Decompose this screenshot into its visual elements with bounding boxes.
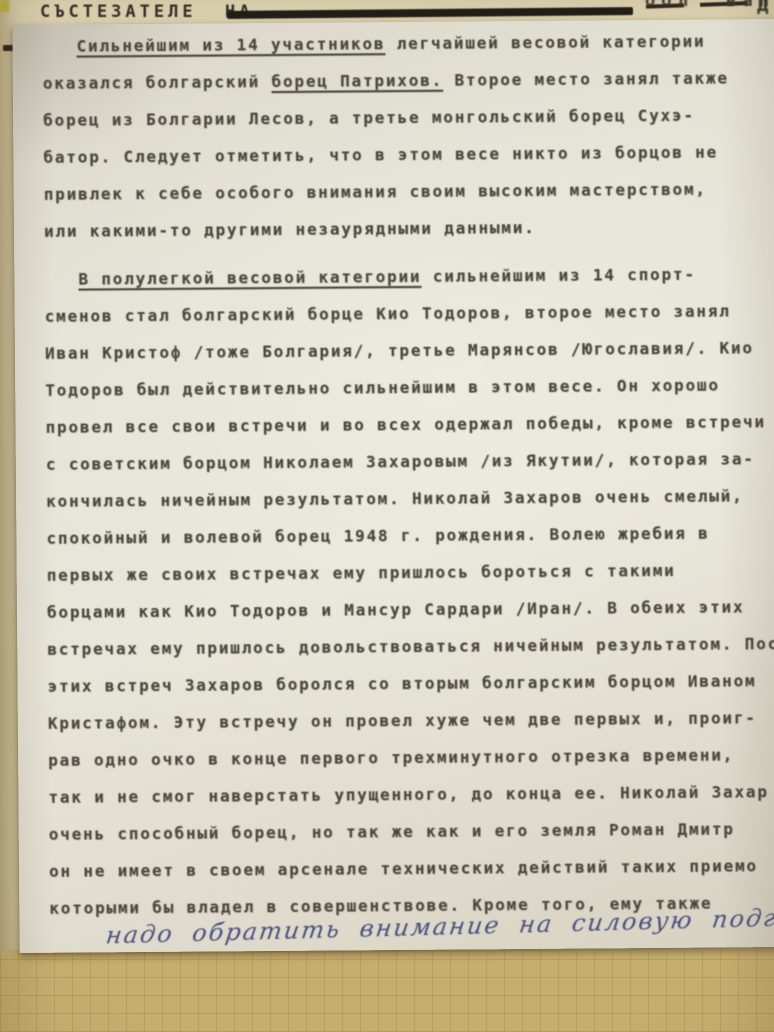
typed-line: он не имеет в своем арсенале технических… — [49, 847, 774, 890]
typed-text-segment: оказался болгарский — [43, 72, 272, 93]
typed-line: рав одно очко в конце первого трехминутн… — [48, 736, 774, 779]
paragraph: Сильнейшим из 14 участников легчайшей ве… — [42, 22, 774, 250]
typed-text-segment: или какими-то другими незаурядными данны… — [44, 218, 536, 241]
photo-of-document: СЪСТЕЗАТЕЛЕ НА обл вап Д Сильнейшим из 1… — [0, 0, 774, 1032]
typed-text-segment: встречах ему пришлось довольствоваться н… — [47, 634, 774, 659]
typed-line: встречах ему пришлось довольствоваться н… — [47, 625, 774, 668]
typed-text-segment: сильнейшим из 14 спорт- — [421, 265, 696, 286]
typed-line: батор. Следует отметить, что в этом весе… — [43, 133, 774, 176]
typed-text-segment: легчайшей весовой категории — [385, 32, 705, 54]
typed-line: борец из Болгарии Лесов, а третье монгол… — [43, 96, 774, 139]
underlying-page-title: СЪСТЕЗАТЕЛЕ НА — [40, 2, 254, 22]
typed-line: или какими-то другими незаурядными данны… — [44, 207, 774, 250]
typed-line: спокойный и волевой борец 1948 г. рожден… — [46, 514, 774, 557]
typed-text-segment: первых же своих встречах ему пришлось бо… — [47, 561, 676, 585]
typed-text-segment: провел все свои встречи и во всех одержа… — [45, 412, 765, 437]
typed-line: борцами как Кио Тодоров и Мансур Сардари… — [47, 588, 774, 631]
typed-page: Сильнейшим из 14 участников легчайшей ве… — [12, 19, 774, 953]
typed-line: привлек к себе особого внимания своим вы… — [44, 170, 774, 213]
typed-text: Сильнейшим из 14 участников легчайшей ве… — [12, 19, 774, 927]
typed-text-segment: Кристафом. Эту встречу он провел хуже че… — [48, 708, 757, 733]
typed-text-segment: этих встреч Захаров боролся со вторым бо… — [47, 671, 756, 696]
typed-text-segment: батор. Следует отметить, что в этом весе… — [43, 143, 718, 167]
typed-text-segment: привлек к себе особого внимания своим вы… — [44, 180, 707, 204]
typed-line: первых же своих встречах ему пришлось бо… — [47, 551, 774, 594]
paragraph: В полулегкой весовой категории сильнейши… — [44, 255, 774, 927]
underlined-text: Сильнейшим из 14 участников — [76, 34, 385, 55]
typed-line: В полулегкой весовой категории сильнейши… — [44, 255, 774, 298]
corner-spot — [0, 0, 9, 12]
typed-line: сменов стал болгарский борце Кио Тодоров… — [45, 292, 774, 335]
underlined-text: В полулегкой весовой категории — [78, 267, 421, 289]
header-rule-line — [227, 7, 633, 19]
typed-text-segment: так и не смог наверстать упущенного, до … — [48, 782, 768, 807]
typed-text-segment: он не имеет в своем арсенале технических… — [49, 856, 758, 881]
typed-line: с советским борцом Николаем Захаровым /и… — [46, 440, 774, 483]
typed-text-segment: с советским борцом Николаем Захаровым /и… — [46, 449, 755, 474]
typed-text-segment: борцами как Кио Тодоров и Мансур Сардари… — [47, 597, 745, 621]
typed-text-segment: Иван Кристоф /тоже Болгария/, третье Мар… — [45, 338, 754, 363]
typed-text-segment: сменов стал болгарский борце Кио Тодоров… — [45, 301, 731, 325]
typed-text-segment: очень способный борец, но так же как и е… — [49, 819, 735, 843]
underlined-text: борец Патрихов. — [271, 71, 443, 91]
typed-line: Тодоров был действительно сильнейшим в э… — [45, 366, 774, 409]
typed-text-segment: рав одно очко в конце первого трехминутн… — [48, 745, 734, 769]
header-corner-fragment: Д — [757, 0, 768, 16]
typed-line: оказался болгарский борец Патрихов. Втор… — [43, 59, 774, 102]
typed-line: этих встреч Захаров боролся со вторым бо… — [47, 662, 774, 705]
typed-line: Иван Кристоф /тоже Болгария/, третье Мар… — [45, 329, 774, 372]
typed-text-segment: спокойный и волевой борец 1948 г. рожден… — [46, 524, 709, 548]
typed-line: провел все свои встречи и во всех одержа… — [45, 403, 774, 446]
typed-text-segment: Тодоров был действительно сильнейшим в э… — [45, 376, 720, 400]
typed-text-segment: кончилась ничейным результатом. Николай … — [46, 486, 744, 510]
typed-line: так и не смог наверстать упущенного, до … — [48, 773, 774, 816]
typed-line: Сильнейшим из 14 участников легчайшей ве… — [42, 22, 774, 65]
typed-line: кончилась ничейным результатом. Николай … — [46, 477, 774, 520]
typed-text-segment: Второе место занял также — [443, 68, 729, 89]
typed-line: Кристафом. Эту встречу он провел хуже че… — [48, 699, 774, 742]
typed-line: очень способный борец, но так же как и е… — [49, 810, 774, 853]
header-text-fragment: обл вап — [645, 0, 774, 11]
typed-text-segment: борец из Болгарии Лесов, а третье монгол… — [43, 106, 695, 130]
